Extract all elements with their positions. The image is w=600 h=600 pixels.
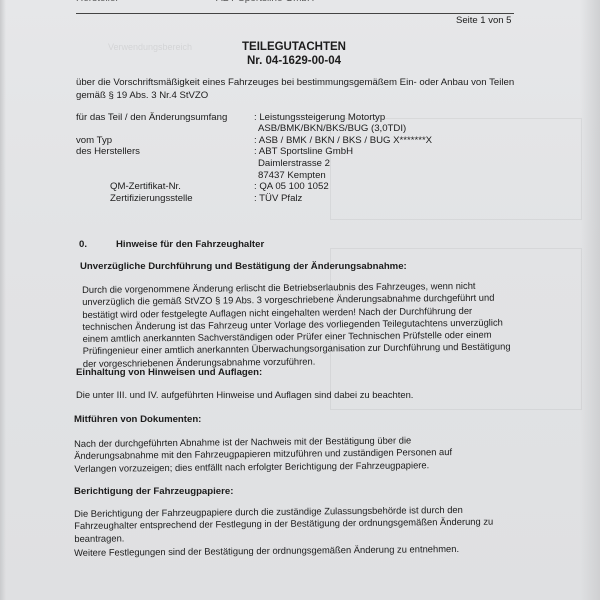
block-heading-berichtigung: Berichtigung der Fahrzeugpapiere: — [74, 486, 233, 497]
document-title: TEILEGUTACHTEN — [0, 41, 588, 53]
running-header: Hersteller ABT Sportsline GmbH — [76, 0, 119, 4]
closing-text: Weitere Festlegungen sind der Bestätigun… — [74, 542, 534, 559]
block-heading-abnahme: Unverzügliche Durchführung und Bestätigu… — [80, 261, 407, 272]
block-heading-hinweise: Einhaltung von Hinweisen und Auflagen: — [76, 367, 262, 378]
qm-label: QM-Zertifikat-Nr. — [110, 181, 181, 193]
header-label: Hersteller — [76, 0, 119, 4]
block-heading-dokumente: Mitführen von Dokumenten: — [74, 414, 201, 425]
part-value-engines: ASB/BMK/BKN/BKS/BUG (3,0TDI) — [258, 123, 406, 135]
section-number: 0. — [79, 239, 87, 250]
header-rule — [76, 13, 514, 14]
block-text-abnahme: Durch die vorgenommene Änderung erlischt… — [82, 279, 523, 370]
cert-value: : TÜV Pfalz — [254, 193, 302, 205]
manufacturer-name: : ABT Sportsline GmbH — [254, 146, 353, 158]
intro-text: über die Vorschriftsmäßigkeit eines Fahr… — [76, 77, 526, 102]
qm-value: : QA 05 100 1052 — [254, 181, 329, 193]
manufacturer-city: 87437 Kempten — [258, 170, 326, 182]
block-text-dokumente: Nach der durchgeführten Abnahme ist der … — [74, 434, 454, 475]
type-label: vom Typ — [76, 135, 112, 147]
page-edge-shadow — [0, 0, 6, 600]
manufacturer-label: des Herstellers — [76, 146, 140, 158]
block-text-hinweise: Die unter III. und IV. aufgeführten Hinw… — [76, 389, 526, 401]
page-edge-shadow-right — [580, 0, 600, 600]
block-text-berichtigung: Die Berichtigung der Fahrzeugpapiere dur… — [74, 503, 524, 545]
part-label: für das Teil / den Änderungsumfang — [76, 112, 227, 124]
section-title: Hinweise für den Fahrzeughalter — [116, 239, 264, 250]
document-number: Nr. 04-1629-00-04 — [0, 55, 588, 67]
manufacturer-street: Daimlerstrasse 2 — [258, 158, 330, 170]
type-value: : ASB / BMK / BKN / BKS / BUG X*******X — [254, 135, 432, 147]
document-page: Verwendungsbereich Hersteller ABT Sports… — [0, 0, 600, 600]
page-indicator: Seite 1 von 5 — [456, 15, 511, 26]
header-value: ABT Sportsline GmbH — [216, 0, 314, 4]
part-value: : Leistungssteigerung Motortyp — [254, 112, 385, 124]
cert-label: Zertifizierungsstelle — [110, 193, 193, 205]
